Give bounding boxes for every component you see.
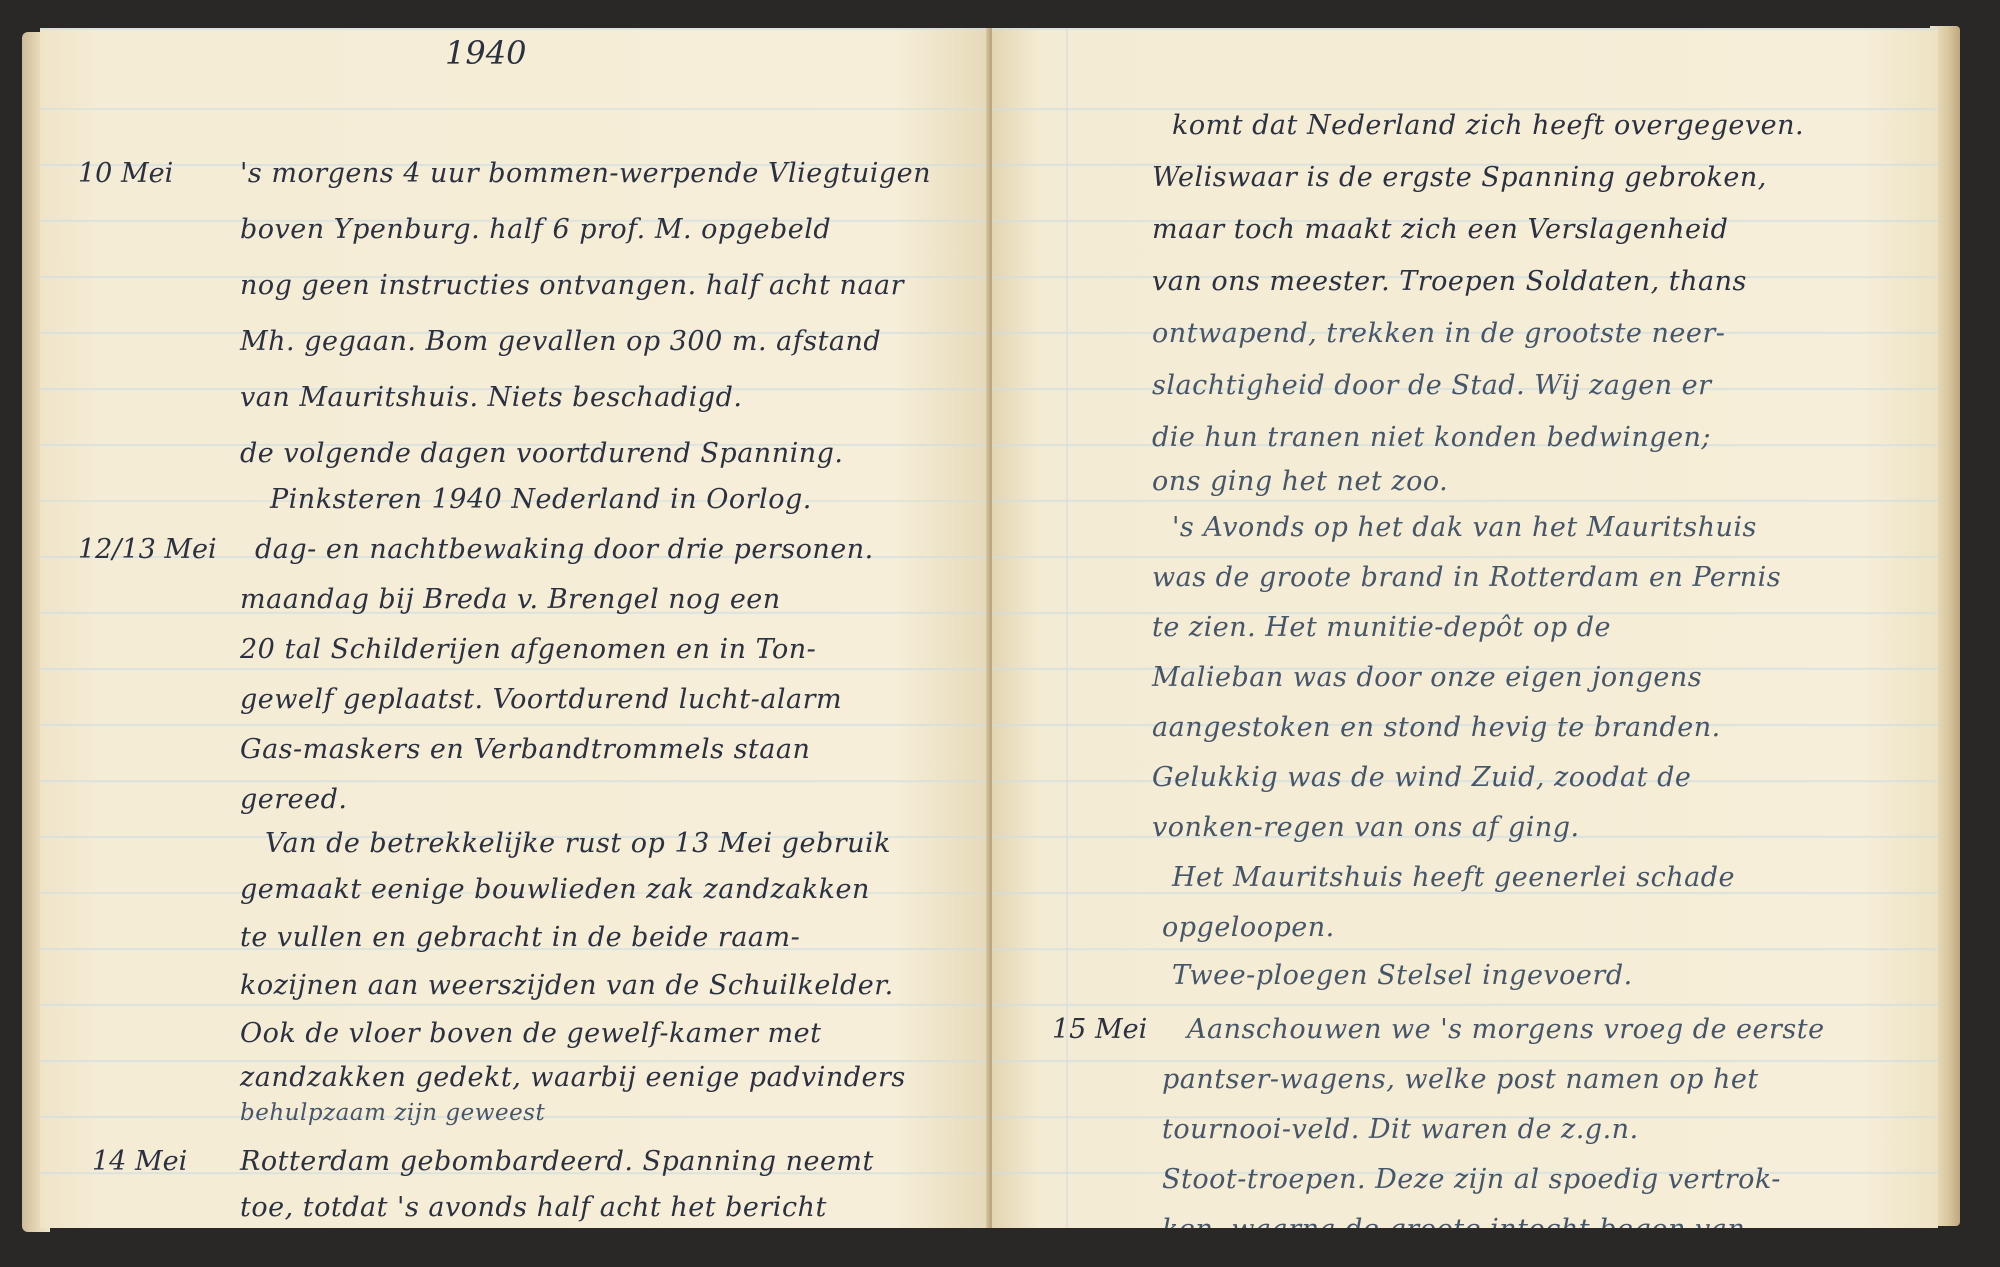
diary-line: kozijnen aan weerszijden van de Schuilke… [240, 970, 894, 1001]
diary-line: Van de betrekkelijke rust op 13 Mei gebr… [265, 828, 891, 859]
diary-line: 's Avonds op het dak van het Mauritshuis [1172, 512, 1757, 543]
diary-line: komt dat Nederland zich heeft overgegeve… [1172, 110, 1804, 141]
diary-line: nog geen instructies ontvangen. half ach… [240, 270, 904, 301]
diary-line: gewelf geplaatst. Voortdurend lucht-alar… [240, 684, 842, 715]
diary-line: gereed. [240, 784, 348, 815]
diary-line: 's morgens 4 uur bommen-werpende Vliegtu… [240, 158, 931, 189]
diary-line: slachtigheid door de Stad. Wij zagen er [1152, 370, 1712, 401]
diary-line: Gelukkig was de wind Zuid, zoodat de [1152, 762, 1691, 793]
diary-line: van ons meester. Troepen Soldaten, thans [1152, 266, 1747, 297]
diary-line: te vullen en gebracht in de beide raam- [240, 922, 800, 953]
diary-line: van Mauritshuis. Niets beschadigd. [240, 382, 742, 413]
diary-line: Rotterdam gebombardeerd. Spanning neemt [240, 1146, 874, 1177]
diary-line: pantser-wagens, welke post namen op het [1162, 1064, 1759, 1095]
diary-line: was de groote brand in Rotterdam en Pern… [1152, 562, 1781, 593]
diary-line: Weliswaar is de ergste Spanning gebroken… [1152, 162, 1767, 193]
diary-line: ons ging het net zoo. [1152, 466, 1448, 497]
diary-line: toe, totdat 's avonds half acht het beri… [240, 1192, 827, 1223]
diary-line: maar toch maakt zich een Verslagenheid [1152, 214, 1728, 245]
entry-date: 10 Mei [78, 158, 173, 189]
diary-line: opgeloopen. [1162, 912, 1335, 943]
diary-line: Mh. gegaan. Bom gevallen op 300 m. afsta… [240, 326, 881, 357]
diary-line: die hun tranen niet konden bedwingen; [1152, 422, 1711, 453]
entry-date: 15 Mei [1052, 1014, 1147, 1045]
diary-line: te zien. Het munitie-depôt op de [1152, 612, 1611, 643]
diary-line: Aanschouwen we 's morgens vroeg de eerst… [1187, 1014, 1825, 1045]
diary-line: Twee-ploegen Stelsel ingevoerd. [1172, 960, 1633, 991]
diary-line: Gas-maskers en Verbandtrommels staan [240, 734, 810, 765]
diary-line: ontwapend, trekken in de grootste neer- [1152, 318, 1725, 349]
year-heading: 1940 [445, 34, 526, 72]
diary-line: aangestoken en stond hevig te branden. [1152, 712, 1721, 743]
diary-line: de volgende dagen voortdurend Spanning. [240, 438, 843, 469]
diary-line: maandag bij Breda v. Brengel nog een [240, 584, 781, 615]
diary-line: boven Ypenburg. half 6 prof. M. opgebeld [240, 214, 831, 245]
right-page: komt dat Nederland zich heeft overgegeve… [992, 28, 1938, 1228]
diary-line: gemaakt eenige bouwlieden zak zandzakken [240, 874, 870, 905]
diary-line: 20 tal Schilderijen afgenomen en in Ton- [240, 634, 816, 665]
diary-line: ken, waarna de groote intocht begon van [1162, 1214, 1745, 1228]
diary-line: Pinksteren 1940 Nederland in Oorlog. [270, 484, 812, 515]
diary-line: tournooi-veld. Dit waren de z.g.n. [1162, 1114, 1639, 1145]
diary-line: dag- en nachtbewaking door drie personen… [255, 534, 874, 565]
entry-date: 14 Mei [92, 1146, 187, 1177]
diary-line: Stoot-troepen. Deze zijn al spoedig vert… [1162, 1164, 1781, 1195]
diary-line: zandzakken gedekt, waarbij eenige padvin… [240, 1062, 906, 1093]
diary-line: Malieban was door onze eigen jongens [1152, 662, 1702, 693]
left-page: 1940 10 Mei 's morgens 4 uur bommen-werp… [40, 28, 990, 1228]
diary-line: Het Mauritshuis heeft geenerlei schade [1172, 862, 1735, 893]
diary-line: vonken-regen van ons af ging. [1152, 812, 1580, 843]
margin-line [1066, 28, 1068, 1228]
entry-date: 12/13 Mei [78, 534, 217, 565]
diary-line: Ook de vloer boven de gewelf-kamer met [240, 1018, 821, 1049]
diary-line: behulpzaam zijn geweest [240, 1100, 545, 1126]
